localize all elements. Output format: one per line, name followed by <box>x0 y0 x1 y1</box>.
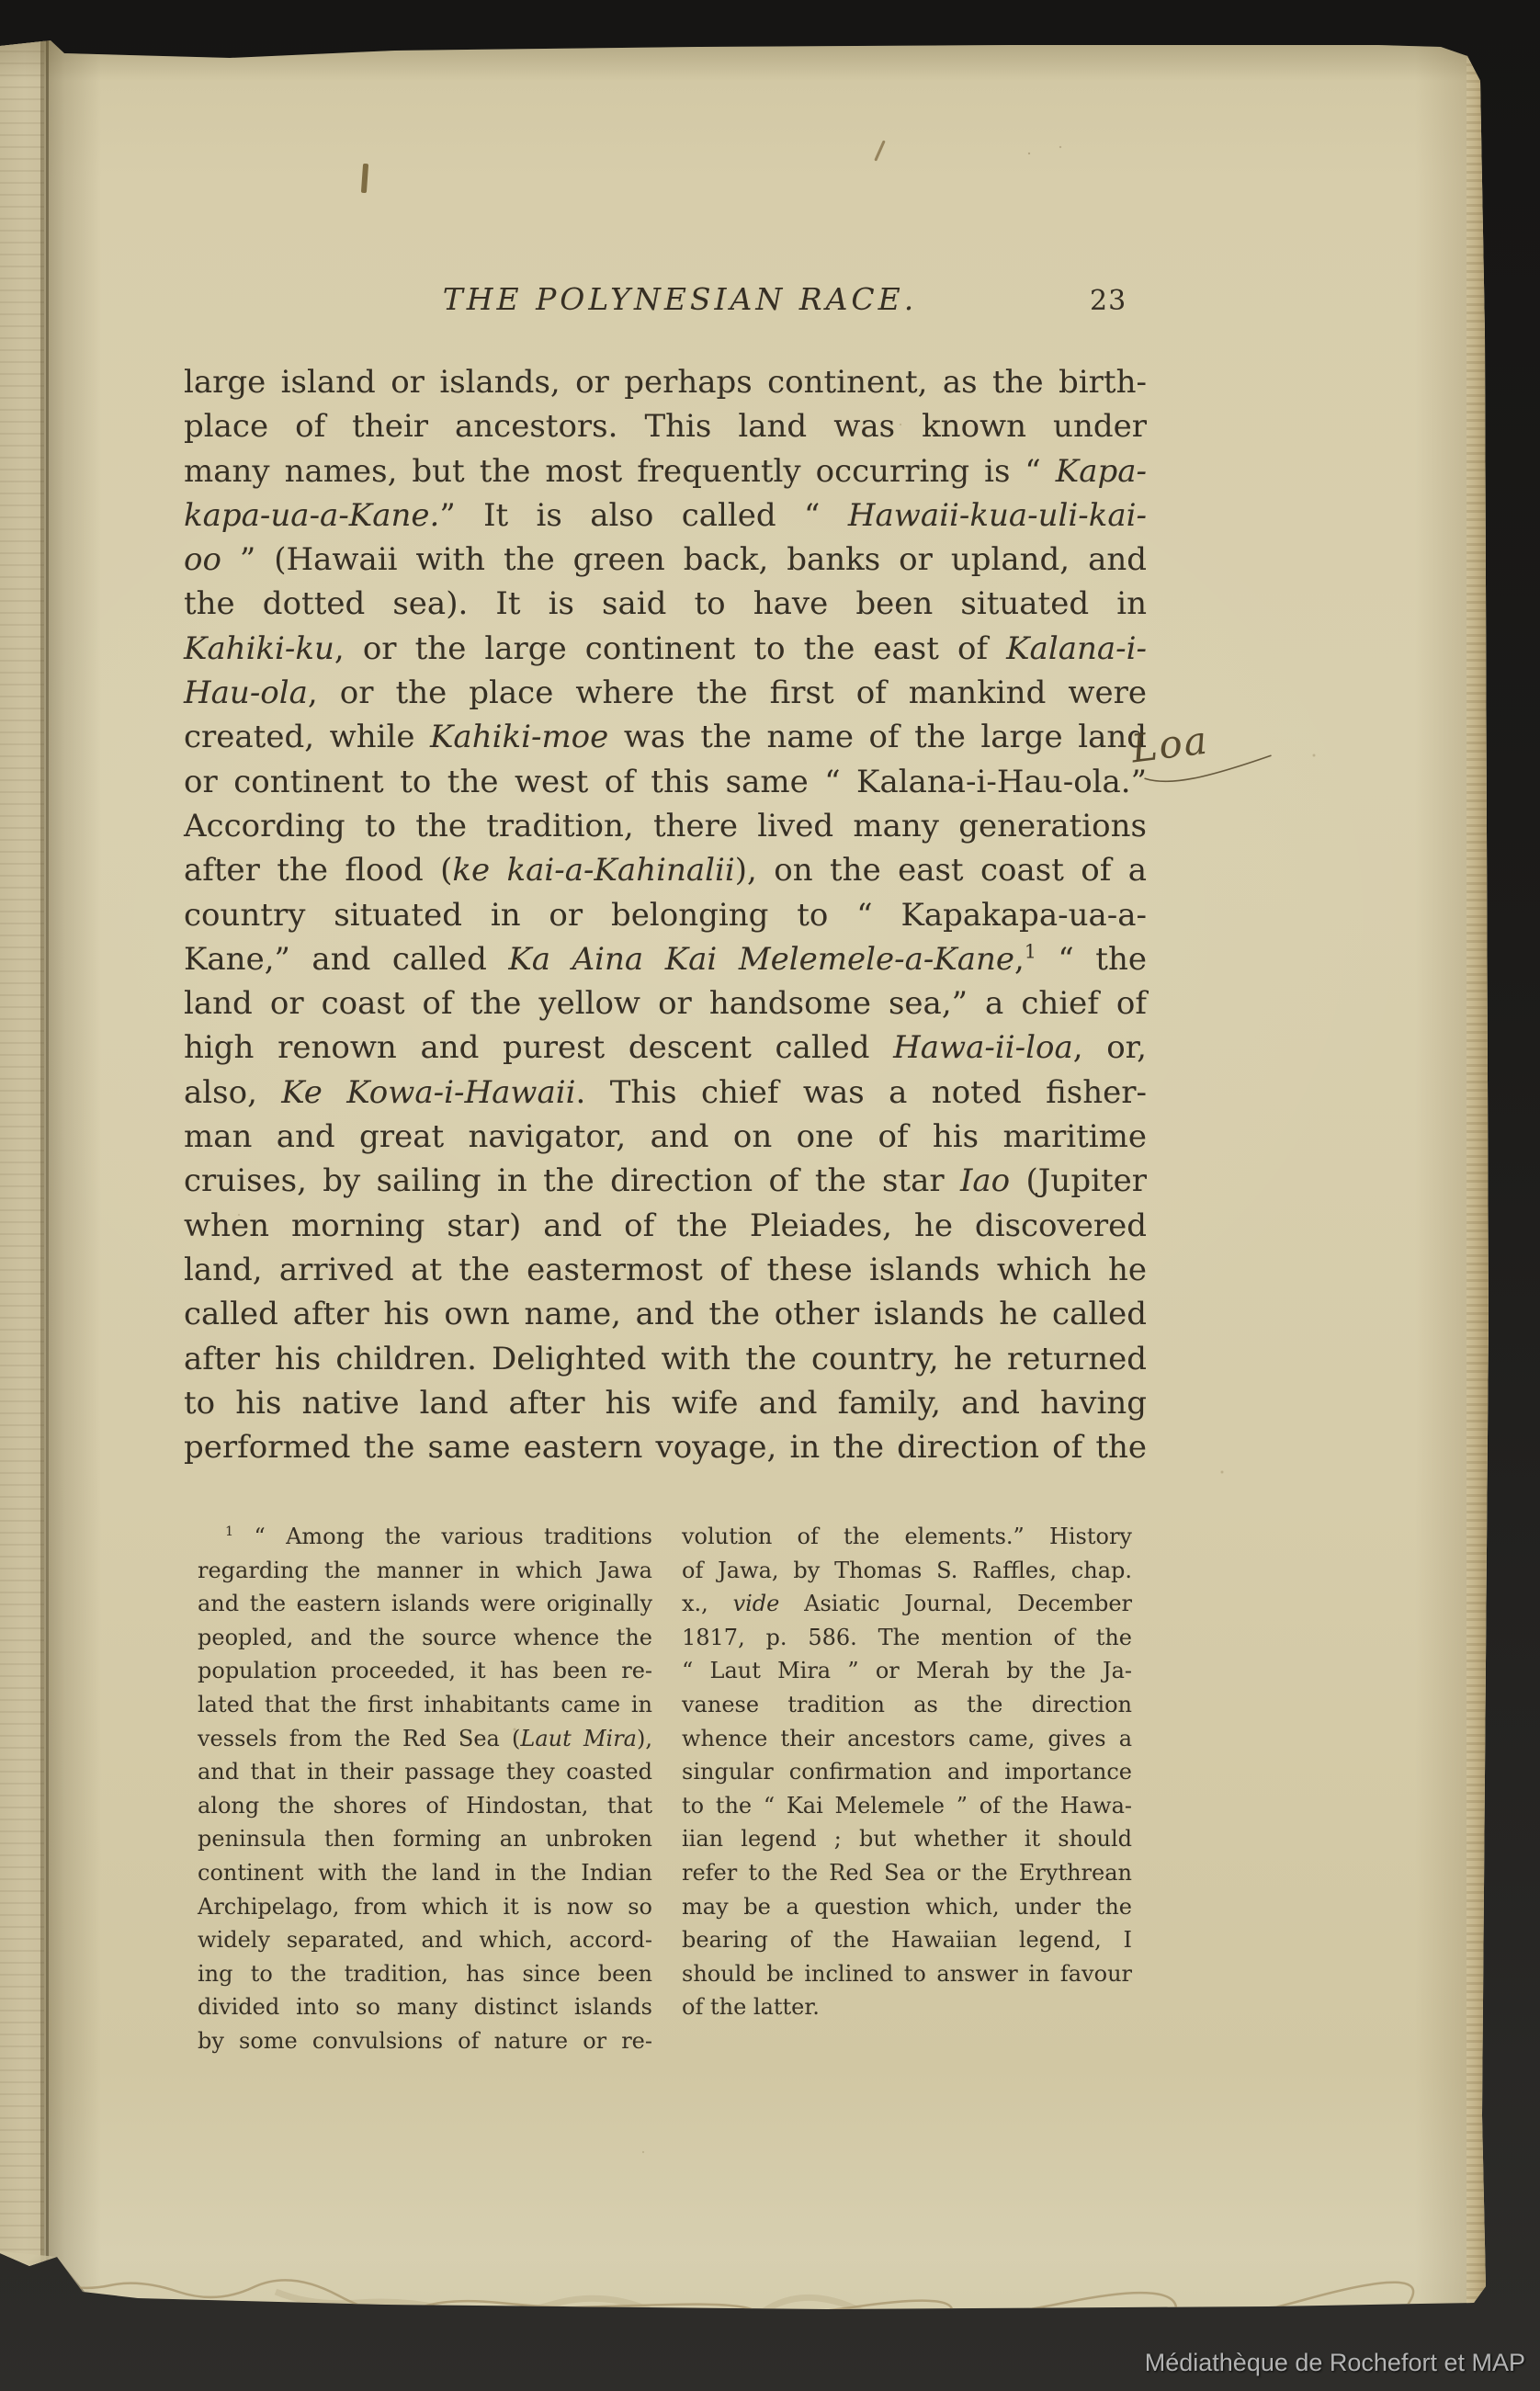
text-line: volution of the elements.” History <box>682 1520 1132 1554</box>
text-line: when morning star) and of the Pleiades, … <box>184 1204 1147 1248</box>
ink-smudge-mark <box>361 164 368 193</box>
text-line: cruises, by sailing in the direction of … <box>184 1159 1147 1203</box>
text-line: peopled, and the source whence the <box>198 1621 652 1655</box>
text-line: 1 “ Among the various traditions <box>198 1520 652 1554</box>
footnote-right: volution of the elements.” Historyof Jaw… <box>682 1520 1132 2024</box>
scan-background: { "page": { "header": { "title": "THE PO… <box>0 0 1540 2391</box>
text-line: peninsula then forming an unbroken <box>198 1822 652 1856</box>
text-line: kapa-ua-a-Kane.” It is also called “ Haw… <box>184 493 1147 538</box>
text-line: high renown and purest descent called Ha… <box>184 1026 1147 1070</box>
text-line: continent with the land in the Indian <box>198 1856 652 1890</box>
text-line: called after his own name, and the other… <box>184 1292 1147 1336</box>
running-header-title: THE POLYNESIAN RACE. <box>404 281 956 317</box>
text-line: of Jawa, by Thomas S. Raffles, chap. <box>682 1554 1132 1588</box>
text-line: regarding the manner in which Jawa <box>198 1554 652 1588</box>
text-line: by some convulsions of nature or re- <box>198 2024 652 2058</box>
text-line: lated that the first inhabitants came in <box>198 1688 652 1722</box>
text-line: of the latter. <box>682 1990 1132 2024</box>
text-line: land or coast of the yellow or handsome … <box>184 981 1147 1026</box>
text-line: oo ” (Hawaii with the green back, banks … <box>184 538 1147 582</box>
text-line: refer to the Red Sea or the Erythrean <box>682 1856 1132 1890</box>
text-line: divided into so many distinct islands <box>198 1990 652 2024</box>
text-line: place of their ancestors. This land was … <box>184 404 1147 448</box>
text-line: many names, but the most frequently occu… <box>184 449 1147 493</box>
page-right-deckle-edge <box>1466 39 1489 2347</box>
text-line: land, arrived at the eastermost of these… <box>184 1248 1147 1292</box>
gutter-crease <box>46 39 49 2347</box>
text-line: also, Ke Kowa-i-Hawaii. This chief was a… <box>184 1071 1147 1115</box>
text-line: x., vide Asiatic Journal, December <box>682 1587 1132 1621</box>
page-right-inner-shadow <box>1415 39 1470 2347</box>
text-line: should be inclined to answer in favour <box>682 1957 1132 1991</box>
text-line: bearing of the Hawaiian legend, I <box>682 1923 1132 1957</box>
text-line: to his native land after his wife and fa… <box>184 1381 1147 1425</box>
text-line: Hau-ola, or the place where the first of… <box>184 671 1147 715</box>
body-text: large island or islands, or perhaps cont… <box>184 360 1147 1469</box>
text-line: vanese tradition as the direction <box>682 1688 1132 1722</box>
text-line: population proceeded, it has been re- <box>198 1654 652 1688</box>
text-line: or continent to the west of this same “ … <box>184 760 1147 804</box>
page-top-shade <box>0 39 1489 81</box>
text-line: According to the tradition, there lived … <box>184 804 1147 848</box>
text-line: ing to the tradition, has since been <box>198 1957 652 1991</box>
text-line: created, while Kahiki-moe was the name o… <box>184 715 1147 759</box>
text-line: along the shores of Hindostan, that <box>198 1789 652 1823</box>
text-line: country situated in or belonging to “ Ka… <box>184 893 1147 937</box>
text-line: Kahiki-ku, or the large continent to the… <box>184 627 1147 671</box>
page-stack-edge <box>0 39 44 2347</box>
margin-annotation: Loa <box>1129 708 1296 818</box>
ink-slash-mark <box>874 140 886 161</box>
text-line: after his children. Delighted with the c… <box>184 1337 1147 1381</box>
text-line: widely separated, and which, accord- <box>198 1923 652 1957</box>
page-number: 23 <box>1090 285 1127 317</box>
gutter-shadow <box>40 39 101 2347</box>
text-line: man and great navigator, and on one of h… <box>184 1115 1147 1159</box>
footnote-left: 1 “ Among the various traditionsregardin… <box>198 1520 652 2058</box>
text-line: iian legend ; but whether it should <box>682 1822 1132 1856</box>
text-line: large island or islands, or perhaps cont… <box>184 360 1147 404</box>
text-line: the dotted sea). It is said to have been… <box>184 582 1147 626</box>
text-line: Kane,” and called Ka Aina Kai Melemele-a… <box>184 937 1147 981</box>
text-line: and the eastern islands were originally <box>198 1587 652 1621</box>
text-line: and that in their passage they coasted <box>198 1755 652 1789</box>
text-line: Archipelago, from which it is now so <box>198 1890 652 1924</box>
text-line: 1817, p. 586. The mention of the <box>682 1621 1132 1655</box>
text-line: “ Laut Mira ” or Merah by the Ja- <box>682 1654 1132 1688</box>
book-page: THE POLYNESIAN RACE. 23 large island or … <box>0 39 1489 2347</box>
text-line: to the “ Kai Melemele ” of the Hawa- <box>682 1789 1132 1823</box>
text-line: vessels from the Red Sea (Laut Mira), <box>198 1722 652 1756</box>
text-line: singular confirmation and importance <box>682 1755 1132 1789</box>
text-line: after the flood (ke kai-a-Kahinalii), on… <box>184 848 1147 892</box>
text-line: whence their ancestors came, gives a <box>682 1722 1132 1756</box>
text-line: may be a question which, under the <box>682 1890 1132 1924</box>
watermark-credit: Médiathèque de Rochefort et MAP <box>1066 2349 1525 2377</box>
text-line: performed the same eastern voyage, in th… <box>184 1425 1147 1469</box>
